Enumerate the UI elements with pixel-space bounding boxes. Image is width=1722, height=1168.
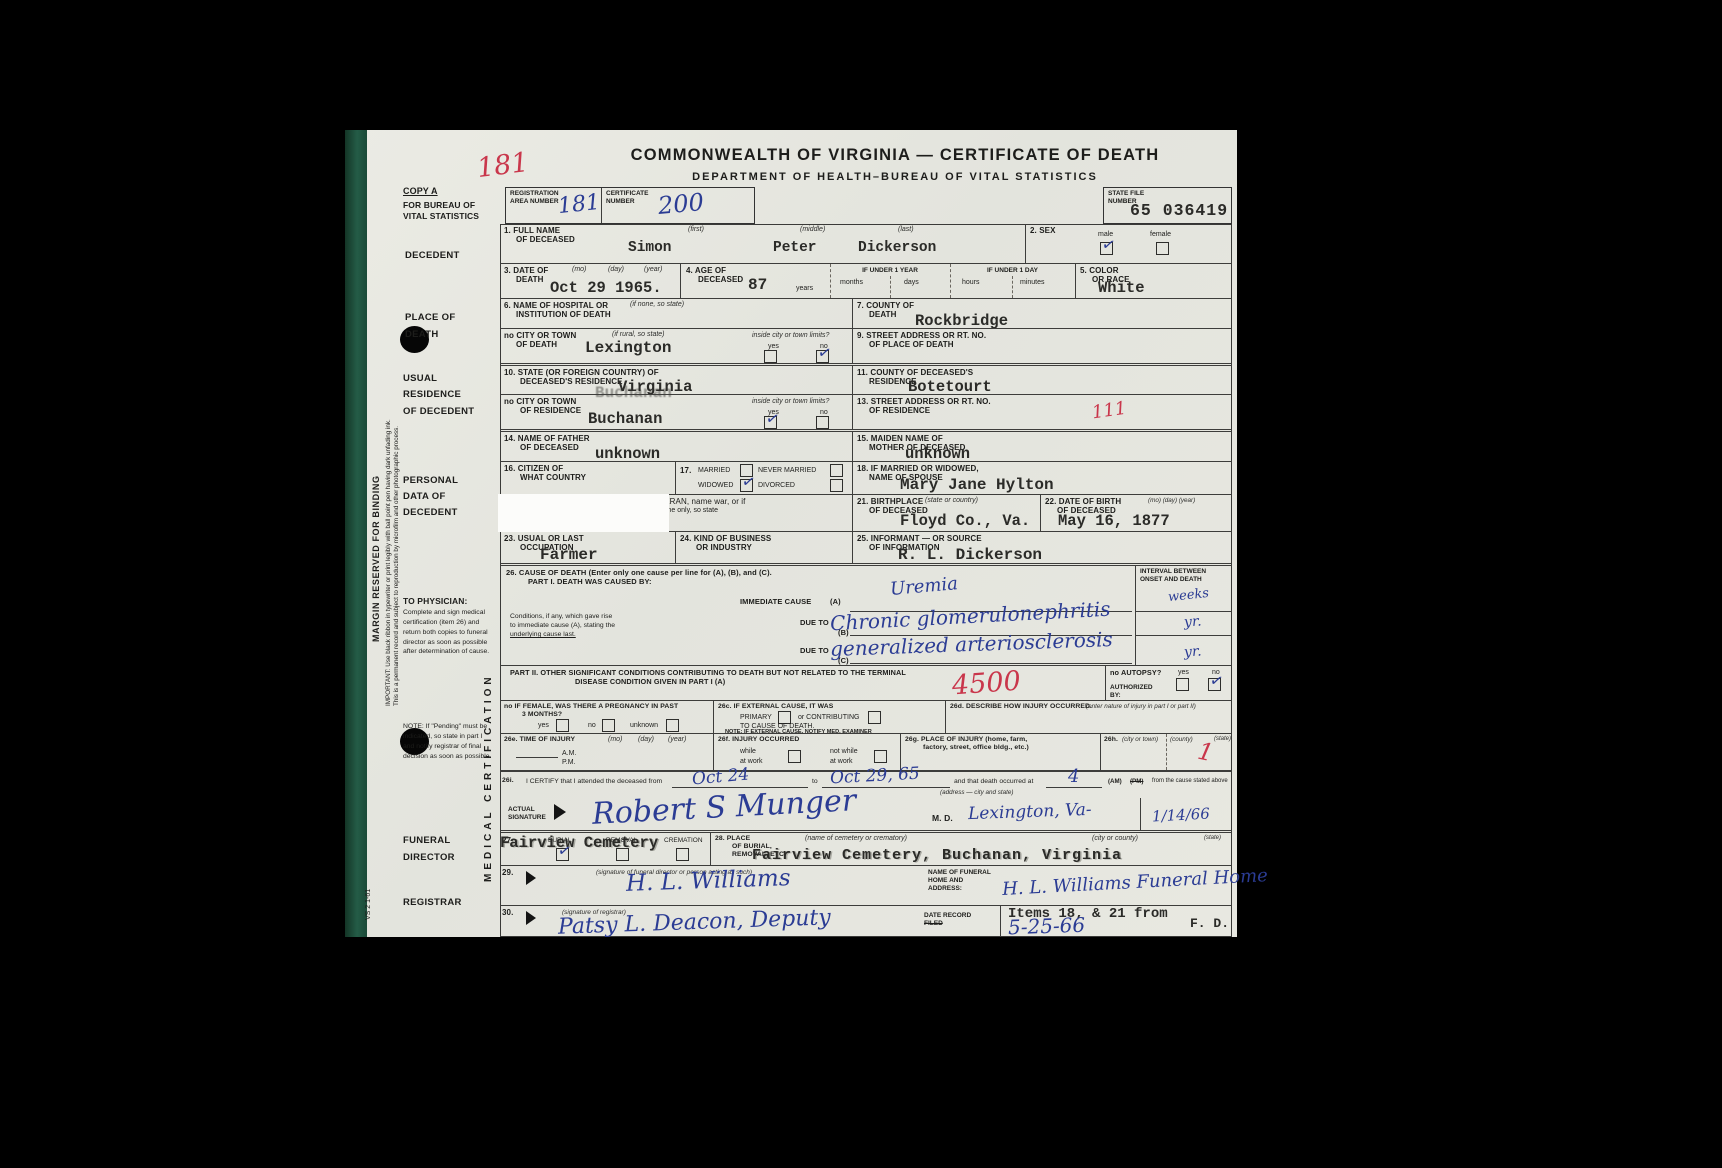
divider: [1000, 906, 1001, 937]
field14-label-2: OF DECEASED: [520, 443, 579, 453]
pm-tag-struck: (PM): [1130, 778, 1143, 786]
interval-c-value: yr.: [1183, 643, 1202, 660]
field2-number: 2.: [1030, 226, 1037, 235]
city-town-hint: (city or town): [1122, 736, 1158, 743]
limits-question-2: inside city or town limits?: [752, 398, 829, 405]
street-residence-value: 111: [1091, 398, 1128, 424]
section-note-body: NOTE: If "Pending" must be indicated, so…: [403, 722, 493, 761]
cemetery-name-hint: (name of cemetery or crematory): [805, 835, 907, 842]
middle-name-value: Peter: [773, 240, 817, 256]
field15-label-1: MAIDEN NAME OF: [871, 434, 943, 443]
city-residence-value: Buchanan: [588, 410, 662, 428]
injury-state-red-mark: 1: [1195, 737, 1216, 768]
field14-number: 14.: [504, 434, 515, 443]
injury-mo-hint: (mo): [608, 736, 622, 743]
section-residence-1: USUAL: [403, 373, 437, 384]
divider: [1040, 495, 1041, 531]
divider: [1012, 276, 1013, 298]
divider: [713, 734, 714, 770]
registration-area-label-2: AREA NUMBER: [510, 198, 559, 206]
field6-hint: (if none, so state): [630, 301, 684, 308]
row-burial: 27. BURIAL REMOVAL CREMATION Fairview Ce…: [500, 830, 1232, 865]
divider: [852, 462, 853, 494]
divorced-label: DIVORCED: [758, 481, 795, 490]
field1-label-2: OF DECEASED: [516, 235, 575, 245]
section-residence-2: RESIDENCE: [403, 389, 461, 400]
not-while-label-2: at work: [830, 757, 853, 766]
city-of-death-value: Lexington: [585, 339, 671, 357]
contributing-label: or CONTRIBUTING: [798, 713, 859, 722]
signature-date: 1/14/66: [1152, 804, 1211, 825]
field26b-number: no: [504, 703, 513, 710]
certificate-number-label-2: NUMBER: [606, 198, 635, 206]
first-name-hint: (first): [688, 226, 704, 233]
row-full-name: 1. FULL NAME OF DECEASED (first) (middle…: [500, 224, 1232, 263]
field9-number: 9.: [857, 331, 864, 340]
fd-initials: F. D.: [1190, 916, 1229, 931]
cause-head-1: CAUSE OF DEATH (Enter only one cause per…: [519, 568, 772, 577]
field3-label-1: DATE OF: [513, 266, 548, 275]
field8-hint: (if rural, so state): [612, 331, 665, 338]
certificate-number-value: 200: [657, 188, 705, 220]
field7-number: 7.: [857, 301, 864, 310]
field23-number: 23.: [504, 534, 515, 543]
divider: [713, 701, 714, 733]
field4-label-2: DECEASED: [698, 275, 743, 285]
certify-text-3: and that death occurred at: [954, 778, 1033, 787]
section-physician-body: Complete and sign medical certification …: [403, 608, 493, 657]
field26f-label: INJURY OCCURRED: [732, 736, 799, 743]
spouse-name-value: Mary Jane Hylton: [900, 476, 1054, 494]
field17-number: 17.: [680, 466, 691, 476]
certify-at-value: 4: [1068, 766, 1079, 787]
screen: { "colors":{"paper":"#e7e7e0","binding_g…: [0, 0, 1722, 1168]
divider: [945, 701, 946, 733]
section-funeral-2: DIRECTOR: [403, 852, 455, 863]
am-pm-line: [516, 742, 558, 758]
date-of-death-value: Oct 29 1965.: [550, 279, 662, 297]
binding-strip: [345, 130, 367, 937]
field24-label-2: OR INDUSTRY: [696, 543, 752, 553]
conditions-line-1: Conditions, if any, which gave rise: [510, 613, 612, 622]
checkbox-contributing: [868, 711, 881, 724]
injury-year-hint: (year): [668, 736, 686, 743]
arrow-marker-icon: [526, 911, 536, 925]
field13-label-1: STREET ADDRESS OR RT. NO.: [871, 397, 991, 406]
checkbox-female: [1156, 242, 1169, 255]
field12-number: no: [504, 397, 514, 406]
actual-signature-label-2: SIGNATURE: [508, 814, 546, 822]
widowed-label: WIDOWED: [698, 481, 733, 490]
document-title: COMMONWEALTH OF VIRGINIA — CERTIFICATE O…: [575, 146, 1215, 165]
field11-number: 11.: [857, 368, 868, 377]
arrow-marker-icon: [554, 804, 566, 820]
funeral-director-signature: H. L. Williams: [626, 865, 791, 897]
divider: [675, 462, 676, 494]
funeral-home-label-3: ADDRESS:: [928, 885, 962, 893]
preg-unknown-label: unknown: [630, 721, 658, 730]
field9-label-2: OF PLACE OF DEATH: [869, 340, 954, 350]
last-name-hint: (last): [898, 226, 914, 233]
not-while-label-1: not while: [830, 747, 858, 756]
burial-typed-overlay: Fairview Cemetery: [500, 834, 658, 852]
row-injury: 26e. TIME OF INJURY (mo) (day) (year) A.…: [500, 733, 1232, 770]
field3-label-2: DEATH: [516, 275, 543, 285]
field8-label-2: OF DEATH: [516, 340, 557, 350]
field6-label-2: INSTITUTION OF DEATH: [516, 310, 611, 320]
margin-binding-text: MARGIN RESERVED FOR BINDING: [371, 475, 383, 642]
immediate-cause-label: IMMEDIATE CAUSE: [740, 597, 811, 606]
row-date-of-death: 3. DATE OF DEATH (mo) (day) (year) Oct 2…: [500, 263, 1232, 298]
days-label: days: [904, 278, 919, 287]
interval-b-value: yr.: [1183, 613, 1202, 630]
certify-text-1: I CERTIFY that I attended the deceased f…: [526, 778, 662, 787]
hours-label: hours: [962, 278, 980, 287]
field25-label-1: INFORMANT — OR SOURCE: [871, 534, 982, 543]
checkbox-preg-unknown: [666, 719, 679, 732]
checkbox-limits-yes: [764, 350, 777, 363]
months-label: months: [840, 278, 863, 287]
margin-important-text-2: This is a permanent record and subject t…: [393, 426, 400, 706]
never-married-label: NEVER MARRIED: [758, 466, 816, 475]
field6-label-1: NAME OF HOSPITAL OR: [513, 301, 608, 310]
divider: [710, 833, 711, 865]
year-hint: (year): [644, 266, 662, 273]
row-parents: 14. NAME OF FATHER OF DECEASED unknown 1…: [500, 429, 1232, 461]
field7-label-2: DEATH: [869, 310, 896, 320]
checkbox-limits2-yes: [764, 416, 777, 429]
divider: [1025, 224, 1026, 263]
field22-label: DATE OF BIRTH: [1059, 497, 1121, 506]
row-pregnancy-external: no IF FEMALE, WAS THERE A PREGNANCY IN P…: [500, 700, 1232, 733]
field25-number: 25.: [857, 534, 868, 543]
field5-number: 5.: [1080, 266, 1087, 275]
field26g-label-2: factory, street, office bldg., etc.): [923, 744, 1029, 752]
sex-female-label: female: [1150, 230, 1171, 239]
mo-hint: (mo): [572, 266, 586, 273]
certify-text-4: from the cause stated above: [1152, 778, 1228, 786]
divider: [1075, 264, 1076, 298]
address-hint: (address — city and state): [940, 789, 1014, 796]
field4-number: 4.: [686, 266, 693, 275]
divider: [890, 276, 891, 298]
copy-for-line2: VITAL STATISTICS: [403, 211, 479, 222]
divider: [1105, 666, 1106, 700]
row-signature: ACTUAL SIGNATURE Robert S Munger M. D. L…: [500, 798, 1232, 830]
row-occupation: 23. USUAL OR LAST OCCUPATION Farmer 24. …: [500, 531, 1232, 563]
section-personal-1: PERSONAL: [403, 475, 458, 486]
due-to-b-label: DUE TO: [800, 618, 829, 627]
field26d-hint: (enter nature of injury in part I or par…: [1086, 703, 1196, 710]
cemetery-state-hint: (state): [1204, 835, 1221, 841]
field21-hint: (state or country): [925, 497, 978, 504]
primary-label: PRIMARY: [740, 713, 772, 722]
md-label: M. D.: [932, 813, 953, 824]
field26g-number: 26g.: [905, 736, 919, 743]
field16-number: 16.: [504, 464, 515, 473]
field3-number: 3.: [504, 266, 511, 275]
document-subtitle: DEPARTMENT OF HEALTH–BUREAU OF VITAL STA…: [575, 171, 1215, 183]
row-certify: 26i. I CERTIFY that I attended the decea…: [500, 770, 1232, 798]
state-hint: (state): [1214, 736, 1231, 742]
divider: [852, 366, 853, 394]
checkbox-limits2-no: [816, 416, 829, 429]
married-label: MARRIED: [698, 466, 730, 475]
physician-address: Lexington, Va-: [968, 800, 1092, 824]
field1-label-1: FULL NAME: [513, 226, 560, 235]
middle-name-hint: (middle): [800, 226, 825, 233]
field28-number: 28.: [715, 835, 725, 842]
checkbox-autopsy-yes: [1176, 678, 1189, 691]
field21-label: BIRTHPLACE: [871, 497, 924, 506]
section-place-2: DEATH: [405, 329, 439, 340]
part2-label-2: DISEASE CONDITION GIVEN IN PART I (A): [575, 677, 725, 686]
date-filed-value: 5-25-66: [1008, 913, 1086, 940]
field1-number: 1.: [504, 226, 511, 235]
preg-yes-label: yes: [538, 721, 549, 730]
cause-a-tag: (A): [830, 597, 841, 606]
informant-value: R. L. Dickerson: [898, 546, 1042, 564]
row-cause-of-death: 26. CAUSE OF DEATH (Enter only one cause…: [500, 563, 1232, 665]
field22-hint: (mo) (day) (year): [1148, 497, 1195, 504]
field26h-number: 26h.: [1104, 736, 1118, 744]
field2-label: SEX: [1039, 226, 1055, 235]
field26c-number: 26c.: [718, 703, 732, 710]
field26d-label: DESCRIBE HOW INJURY OCCURRED.: [966, 703, 1092, 710]
checkbox-preg-yes: [556, 719, 569, 732]
divider: [852, 299, 853, 328]
field11-label-1: COUNTY OF DECEASED'S: [870, 368, 973, 377]
age-value: 87: [748, 276, 767, 294]
field10-number: 10.: [504, 368, 515, 377]
field12-label-2: OF RESIDENCE: [520, 406, 581, 416]
checkbox-preg-no: [602, 719, 615, 732]
field9-label-1: STREET ADDRESS OR RT. NO.: [866, 331, 986, 340]
last-name-value: Dickerson: [858, 240, 936, 256]
cremation-label: CREMATION: [664, 837, 703, 845]
state-file-value: 65 036419: [1130, 201, 1228, 220]
field13-number: 13.: [857, 397, 868, 406]
date-record-label-2-struck: FILED: [924, 920, 943, 928]
divider: [830, 264, 831, 298]
field16-label-2: WHAT COUNTRY: [520, 473, 586, 483]
burial-place-value: Fairview Cemetery, Buchanan, Virginia: [752, 847, 1122, 864]
field26i-number: 26i.: [502, 777, 514, 785]
date-of-birth-value: May 16, 1877: [1058, 512, 1170, 530]
county-hint: (county): [1170, 736, 1193, 743]
checkbox-autopsy-no: [1208, 678, 1221, 691]
registration-area-value: 181: [557, 190, 601, 219]
checkbox-male: [1100, 242, 1113, 255]
field6-number: 6.: [504, 301, 511, 310]
autopsy-yes-label: yes: [1178, 668, 1189, 677]
cause-head-2: PART I. DEATH WAS CAUSED BY:: [528, 577, 652, 586]
divider: [852, 532, 853, 563]
section-place-1: PLACE OF: [405, 312, 455, 323]
field26c-label: IF EXTERNAL CAUSE, IT WAS: [734, 703, 834, 710]
divider: [675, 532, 676, 563]
conditions-line-2: to immediate cause (A), stating the: [510, 622, 615, 631]
field26f-number: 26f.: [718, 736, 730, 743]
section-medical-certification: MEDICAL CERTIFICATION: [483, 673, 494, 882]
field8-number: no: [504, 331, 514, 340]
row-registrar: 30. (signature of registrar) Patsy L. De…: [500, 905, 1232, 937]
field26a-number: no: [1110, 668, 1119, 677]
divider: [1100, 734, 1101, 770]
part2-label-1: PART II. OTHER SIGNIFICANT CONDITIONS CO…: [510, 668, 906, 677]
row-part2-autopsy: PART II. OTHER SIGNIFICANT CONDITIONS CO…: [500, 665, 1232, 700]
state-file-box: STATE FILE NUMBER 65 036419: [1103, 187, 1232, 224]
under-1-year-title: IF UNDER 1 YEAR: [832, 267, 948, 275]
field23-label-1: USUAL OR LAST: [518, 534, 584, 543]
row-funeral-director: 29. (signature of funeral director or pe…: [500, 865, 1232, 905]
death-certificate-scan: MARGIN RESERVED FOR BINDING IMPORTANT: U…: [345, 130, 1237, 937]
row-state-residence: 10. STATE (OR FOREIGN COUNTRY) OF DECEAS…: [500, 363, 1232, 394]
red-registration-number: 181: [475, 147, 530, 184]
field16-label-1: CITIZEN OF: [518, 464, 563, 473]
field30-number: 30.: [502, 908, 513, 918]
cemetery-city-hint: (city or county): [1092, 835, 1138, 842]
divider: [852, 432, 853, 461]
minutes-label: minutes: [1020, 278, 1045, 287]
arrow-marker-icon: [526, 871, 536, 885]
divider: [1140, 798, 1141, 830]
row-city-residence: no CITY OR TOWN OF RESIDENCE Buchanan in…: [500, 394, 1232, 429]
field26-number: 26.: [506, 568, 517, 577]
while-label-1: while: [740, 747, 756, 756]
field10-label-1: STATE (OR FOREIGN COUNTRY) OF: [518, 368, 659, 377]
checkbox-divorced: [830, 479, 843, 492]
part2-red-value: 4500: [951, 666, 1022, 702]
section-decedent: DECEDENT: [405, 250, 460, 261]
field29-number: 29.: [502, 868, 513, 878]
redaction-box: [498, 494, 669, 532]
preg-no-label: no: [588, 721, 596, 730]
due-to-c-label: DUE TO: [800, 646, 829, 655]
form-code: VS 2 1-61: [365, 889, 372, 920]
field24-number: 24.: [680, 534, 691, 543]
divider: [950, 264, 951, 298]
divider: [601, 188, 602, 223]
row-city-of-death: no CITY OR TOWN OF DEATH (if rural, so s…: [500, 328, 1232, 363]
pm-label: P.M.: [562, 758, 576, 767]
section-residence-3: OF DECEDENT: [403, 406, 474, 417]
row-hospital-county: 6. NAME OF HOSPITAL OR INSTITUTION OF DE…: [500, 298, 1232, 328]
section-physician-title: TO PHYSICIAN:: [403, 596, 467, 607]
field7-label-1: COUNTY OF: [866, 301, 914, 310]
field21-number: 21.: [857, 497, 868, 506]
copy-for-line1: FOR BUREAU OF: [403, 200, 475, 211]
field18-number: 18.: [857, 464, 868, 473]
field5-label-1: COLOR: [1089, 266, 1118, 275]
limits-question: inside city or town limits?: [752, 332, 829, 339]
day-hint: (day): [608, 266, 624, 273]
field22-number: 22.: [1045, 497, 1056, 506]
divider: [852, 495, 853, 531]
field15-number: 15.: [857, 434, 868, 443]
field4-label-1: AGE OF: [695, 266, 726, 275]
field28-label-1: PLACE: [727, 835, 751, 842]
checkbox-widowed: [740, 479, 753, 492]
injury-day-hint: (day): [638, 736, 654, 743]
field26g-label-1: PLACE OF INJURY (home, farm,: [921, 736, 1027, 743]
first-name-value: Simon: [628, 240, 672, 256]
color-or-race-value: White: [1098, 279, 1145, 297]
section-funeral-1: FUNERAL: [403, 835, 451, 846]
checkbox-at-work: [788, 750, 801, 763]
copy-label: COPY A: [403, 186, 438, 197]
field13-label-2: OF RESIDENCE: [869, 406, 930, 416]
age-unit: years: [796, 284, 813, 293]
divider: [1166, 734, 1167, 770]
number-box: REGISTRATION AREA NUMBER 181 CERTIFICATE…: [505, 187, 755, 224]
am-tag: (AM): [1108, 778, 1122, 786]
occupation-value: Farmer: [540, 546, 598, 564]
birthplace-value: Floyd Co., Va.: [900, 512, 1030, 530]
row-citizen-marital: 16. CITIZEN OF WHAT COUNTRY 17. MARRIED …: [500, 461, 1232, 494]
checkbox-cremation: [676, 848, 689, 861]
divider: [852, 329, 853, 363]
divider: [680, 264, 681, 298]
am-label: A.M.: [562, 749, 576, 758]
under-1-day-title: IF UNDER 1 DAY: [952, 267, 1073, 275]
checkbox-limits-no: [816, 350, 829, 363]
section-registrar: REGISTRAR: [403, 897, 462, 908]
conditions-line-3: underlying cause last.: [510, 631, 576, 640]
autopsy-label: AUTOPSY?: [1121, 668, 1161, 677]
field8-label-1: CITY OR TOWN: [516, 331, 576, 340]
divider: [852, 395, 853, 429]
margin-important-text-1: IMPORTANT: Use black ribbon in typewrite…: [385, 419, 392, 706]
field24-label-1: KIND OF BUSINESS: [694, 534, 772, 543]
funeral-home-value: H. L. Williams Funeral Home: [1002, 865, 1269, 900]
checkbox-not-at-work: [874, 750, 887, 763]
section-personal-3: DECEDENT: [403, 507, 458, 518]
field14-label-1: NAME OF FATHER: [518, 434, 590, 443]
checkbox-never-married: [830, 464, 843, 477]
field26b-label-1: IF FEMALE, WAS THERE A PREGNANCY IN PAST: [515, 703, 679, 710]
field12-label-1: CITY OR TOWN: [516, 397, 576, 406]
section-personal-2: DATA OF: [403, 491, 446, 502]
field26d-number: 26d.: [950, 703, 964, 710]
field18-label-1: IF MARRIED OR WIDOWED,: [871, 464, 979, 473]
